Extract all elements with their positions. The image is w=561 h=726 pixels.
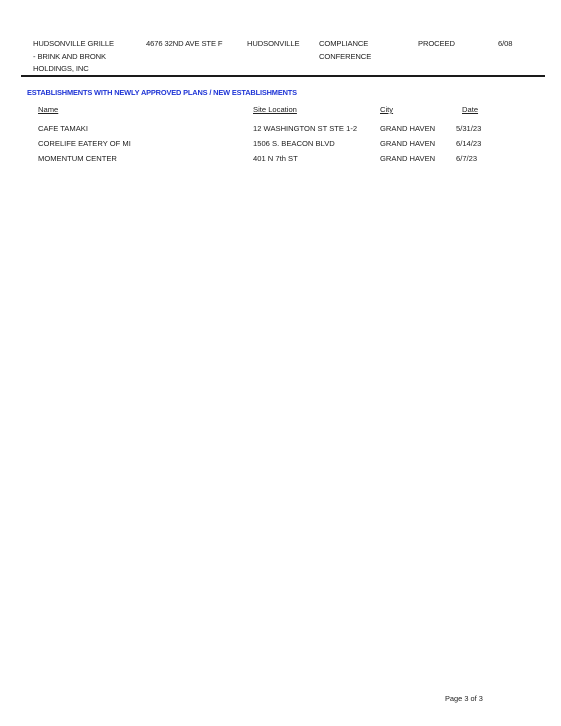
previous-name: HUDSONVILLE GRILLE - BRINK AND BRONK HOL… (33, 38, 114, 76)
section-title: ESTABLISHMENTS WITH NEWLY APPROVED PLANS… (27, 88, 297, 97)
table-row: CORELIFE EATERY OF MI 1506 S. BEACON BLV… (0, 139, 561, 153)
cell-date: 6/14/23 (456, 139, 481, 148)
previous-action: COMPLIANCE CONFERENCE (319, 38, 371, 63)
cell-date: 6/7/23 (456, 154, 477, 163)
previous-action-line: CONFERENCE (319, 51, 371, 64)
cell-date: 5/31/23 (456, 124, 481, 133)
cell-name: CORELIFE EATERY OF MI (38, 139, 131, 148)
page-number: Page 3 of 3 (445, 694, 483, 703)
column-header-site-location: Site Location (253, 105, 297, 114)
previous-name-line: HUDSONVILLE GRILLE (33, 38, 114, 51)
cell-site-location: 401 N 7th ST (253, 154, 298, 163)
table-row: MOMENTUM CENTER 401 N 7th ST GRAND HAVEN… (0, 154, 561, 168)
previous-name-line: HOLDINGS, INC (33, 63, 114, 76)
document-page: HUDSONVILLE GRILLE - BRINK AND BRONK HOL… (0, 0, 561, 726)
cell-city: GRAND HAVEN (380, 124, 435, 133)
previous-date: 6/08 (498, 38, 512, 51)
previous-action-line: COMPLIANCE (319, 38, 371, 51)
column-header-name: Name (38, 105, 58, 114)
previous-name-line: - BRINK AND BRONK (33, 51, 114, 64)
cell-site-location: 1506 S. BEACON BLVD (253, 139, 335, 148)
column-header-city: City (380, 105, 393, 114)
previous-address: 4676 32ND AVE STE F (146, 38, 222, 51)
cell-city: GRAND HAVEN (380, 139, 435, 148)
cell-name: MOMENTUM CENTER (38, 154, 117, 163)
cell-name: CAFE TAMAKI (38, 124, 88, 133)
previous-city: HUDSONVILLE (247, 38, 300, 51)
cell-site-location: 12 WASHINGTON ST STE 1-2 (253, 124, 357, 133)
column-header-date: Date (462, 105, 478, 114)
table-row: CAFE TAMAKI 12 WASHINGTON ST STE 1-2 GRA… (0, 124, 561, 138)
previous-status: PROCEED (418, 38, 455, 51)
cell-city: GRAND HAVEN (380, 154, 435, 163)
section-divider (21, 75, 545, 77)
